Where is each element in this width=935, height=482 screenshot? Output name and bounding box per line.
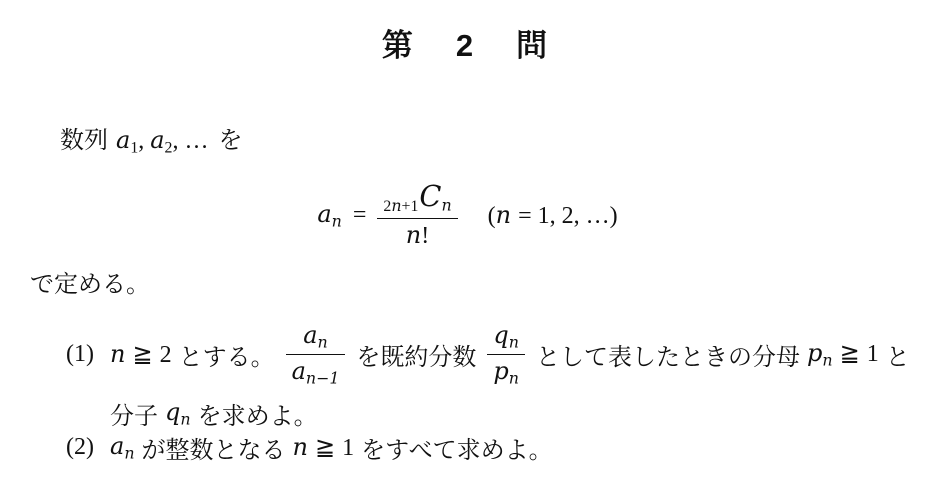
condition-pn-geq-1: pn≧1 (807, 339, 879, 369)
question-2-body: an が整数となる n≧1 をすべて求めよ。 (110, 430, 553, 465)
question-1-line-2: 分子 qn を求めよ。 (110, 396, 910, 430)
formula-condition: (n= 1, 2, …) (488, 201, 618, 230)
ellipsis: … (184, 128, 210, 154)
intro-line: 数列a1, a2, …を (60, 120, 242, 157)
math-an: an (110, 432, 135, 462)
math-var-a: a (110, 432, 124, 460)
text-subete-motomeyo: をすべて求めよ。 (361, 430, 553, 465)
display-formula: an = 2n+1Cn n! (n= 1, 2, …) (0, 178, 935, 252)
number-1: 1 (342, 435, 354, 461)
open-paren: ( (488, 203, 496, 229)
math-sub-n: n (332, 211, 342, 230)
equals-sign: = (353, 202, 367, 229)
question-2: (2) an が整数となる n≧1 をすべて求めよ。 (66, 430, 553, 465)
number-1: 1 (867, 341, 879, 367)
text-toshite-bunbo: として表したときの分母 (536, 337, 800, 372)
math-sub-n: n (509, 333, 519, 352)
ratio-numerator: an (286, 319, 346, 353)
intro-tail-text: を (218, 128, 242, 154)
question-2-label: (2) (66, 434, 110, 461)
text-ga-seisu: が整数となる (142, 430, 286, 465)
prescript-var-n: n (391, 196, 401, 215)
fraction-denominator: n! (377, 218, 457, 252)
question-1-line-1: n≧2 とする。 an an−1 を既約分数 qn pn として表したときの分母… (110, 318, 910, 390)
math-qn: qn (165, 398, 191, 428)
question-1-body: n≧2 とする。 an an−1 を既約分数 qn pn として表したときの分母… (110, 318, 910, 430)
text-tosuru: とする。 (179, 337, 275, 372)
math-var-a: a (303, 321, 317, 349)
text-bunshi: 分子 (110, 396, 158, 431)
factorial-sign: ! (421, 223, 429, 249)
geq-sign: ≧ (132, 342, 152, 368)
question-1-label: (1) (66, 318, 110, 390)
question-1: (1) n≧2 とする。 an an−1 を既約分数 qn pn として表したと… (66, 318, 910, 430)
prescript-plus-one: +1 (402, 198, 419, 215)
math-var-n: n (293, 433, 308, 461)
math-var-p: p (493, 357, 508, 385)
text-to: と (886, 337, 910, 372)
an-ratio-fraction: an an−1 (286, 319, 346, 388)
math-var-a2: a (150, 126, 164, 154)
fraction-numerator: 2n+1Cn (377, 178, 457, 217)
text-motomeyo: を求めよ。 (198, 396, 318, 431)
qp-fraction: qn pn (487, 319, 525, 388)
math-sub-n: n (124, 444, 134, 463)
comma: , (138, 128, 144, 154)
math-var-n: n (406, 221, 421, 249)
math-sub-n-minus-1: n−1 (306, 368, 340, 387)
math-sub-n: n (180, 409, 190, 428)
intro-lead-text: 数列 (60, 128, 108, 154)
geq-sign: ≧ (315, 435, 335, 461)
math-sub-n: n (318, 333, 328, 352)
binomial-fraction: 2n+1Cn n! (377, 178, 457, 251)
geq-sign: ≧ (840, 341, 860, 367)
question-2-line: an が整数となる n≧1 をすべて求めよ。 (110, 430, 553, 465)
math-var-q: q (493, 321, 508, 349)
binomial-letter-C: C (419, 179, 441, 213)
math-sub-n: n (509, 368, 519, 387)
binomial-sub-n: n (441, 196, 451, 215)
math-var-q: q (165, 398, 180, 426)
math-var-n: n (110, 340, 125, 368)
binomial-prescript: 2n+1 (383, 198, 418, 215)
sequence-notation: a1, a2, … (116, 128, 210, 154)
comma: , (172, 128, 178, 154)
closing-line: で定める。 (30, 264, 150, 299)
number-2: 2 (160, 342, 172, 368)
problem-title: 第 2 問 (0, 20, 935, 65)
condition-values: = 1, 2, …) (518, 203, 618, 229)
exam-problem-page: 第 2 問 数列a1, a2, …を an = 2n+1Cn n! (n= 1,… (0, 0, 935, 482)
math-var-a: a (292, 357, 306, 385)
qp-denominator: pn (487, 354, 525, 389)
math-var-p: p (807, 339, 822, 367)
math-sub-n: n (822, 350, 832, 369)
condition-n-geq-2: n≧2 (110, 340, 172, 369)
ratio-denominator: an−1 (286, 354, 346, 389)
text-kiyaku-bunsu: を既約分数 (356, 337, 476, 372)
math-var-a: a (317, 200, 331, 228)
condition-var-n: n (496, 201, 511, 229)
qp-numerator: qn (487, 319, 525, 353)
condition-n-geq-1: n≧1 (293, 433, 355, 462)
math-var-a1: a (116, 126, 130, 154)
formula-lhs: an (317, 200, 342, 230)
